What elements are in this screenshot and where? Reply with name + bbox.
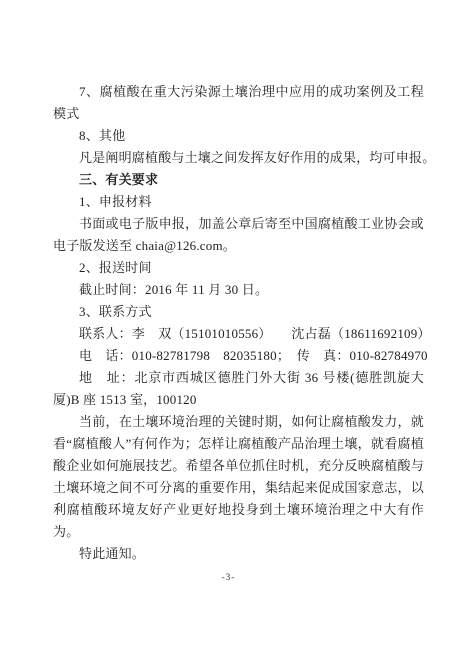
section-3-requirements-heading: 三、有关要求 <box>53 169 424 191</box>
req-1-application-materials-heading: 1、申报材料 <box>53 191 424 213</box>
closing-paragraph: 当前，在土壤环境治理的关键时期，如何让腐植酸发力，就看“腐植酸人”有何作为；怎样… <box>53 411 424 543</box>
address-line: 地 址：北京市西城区德胜门外大街 36 号楼(德胜凯旋大厦)B 座 1513 室… <box>53 367 424 411</box>
eligibility-note: 凡是阐明腐植酸与土壤之间发挥友好作用的成果，均可申报。 <box>53 147 424 169</box>
document-page: 7、腐植酸在重大污染源土壤治理中应用的成功案例及工程模式 8、其他 凡是阐明腐植… <box>0 0 457 646</box>
contact-persons-line: 联系人：李 双（15101010556） 沈占磊（18611692109） <box>53 323 424 345</box>
req-3-contact-info-heading: 3、联系方式 <box>53 301 424 323</box>
item-7-success-cases: 7、腐植酸在重大污染源土壤治理中应用的成功案例及工程模式 <box>53 81 424 125</box>
application-materials-detail: 书面或电子版申报，加盖公章后寄至中国腐植酸工业协会或电子版发送至 chaia@1… <box>53 213 424 257</box>
submission-deadline: 截止时间：2016 年 11 月 30 日。 <box>53 279 424 301</box>
hereby-notified-line: 特此通知。 <box>53 543 424 565</box>
page-number: -3- <box>0 572 457 582</box>
item-8-others: 8、其他 <box>53 125 424 147</box>
req-2-submission-time-heading: 2、报送时间 <box>53 257 424 279</box>
notice-body: 7、腐植酸在重大污染源土壤治理中应用的成功案例及工程模式 8、其他 凡是阐明腐植… <box>53 81 424 565</box>
phone-fax-line: 电 话：010-82781798 82035180； 传 真：010-82784… <box>53 345 424 367</box>
